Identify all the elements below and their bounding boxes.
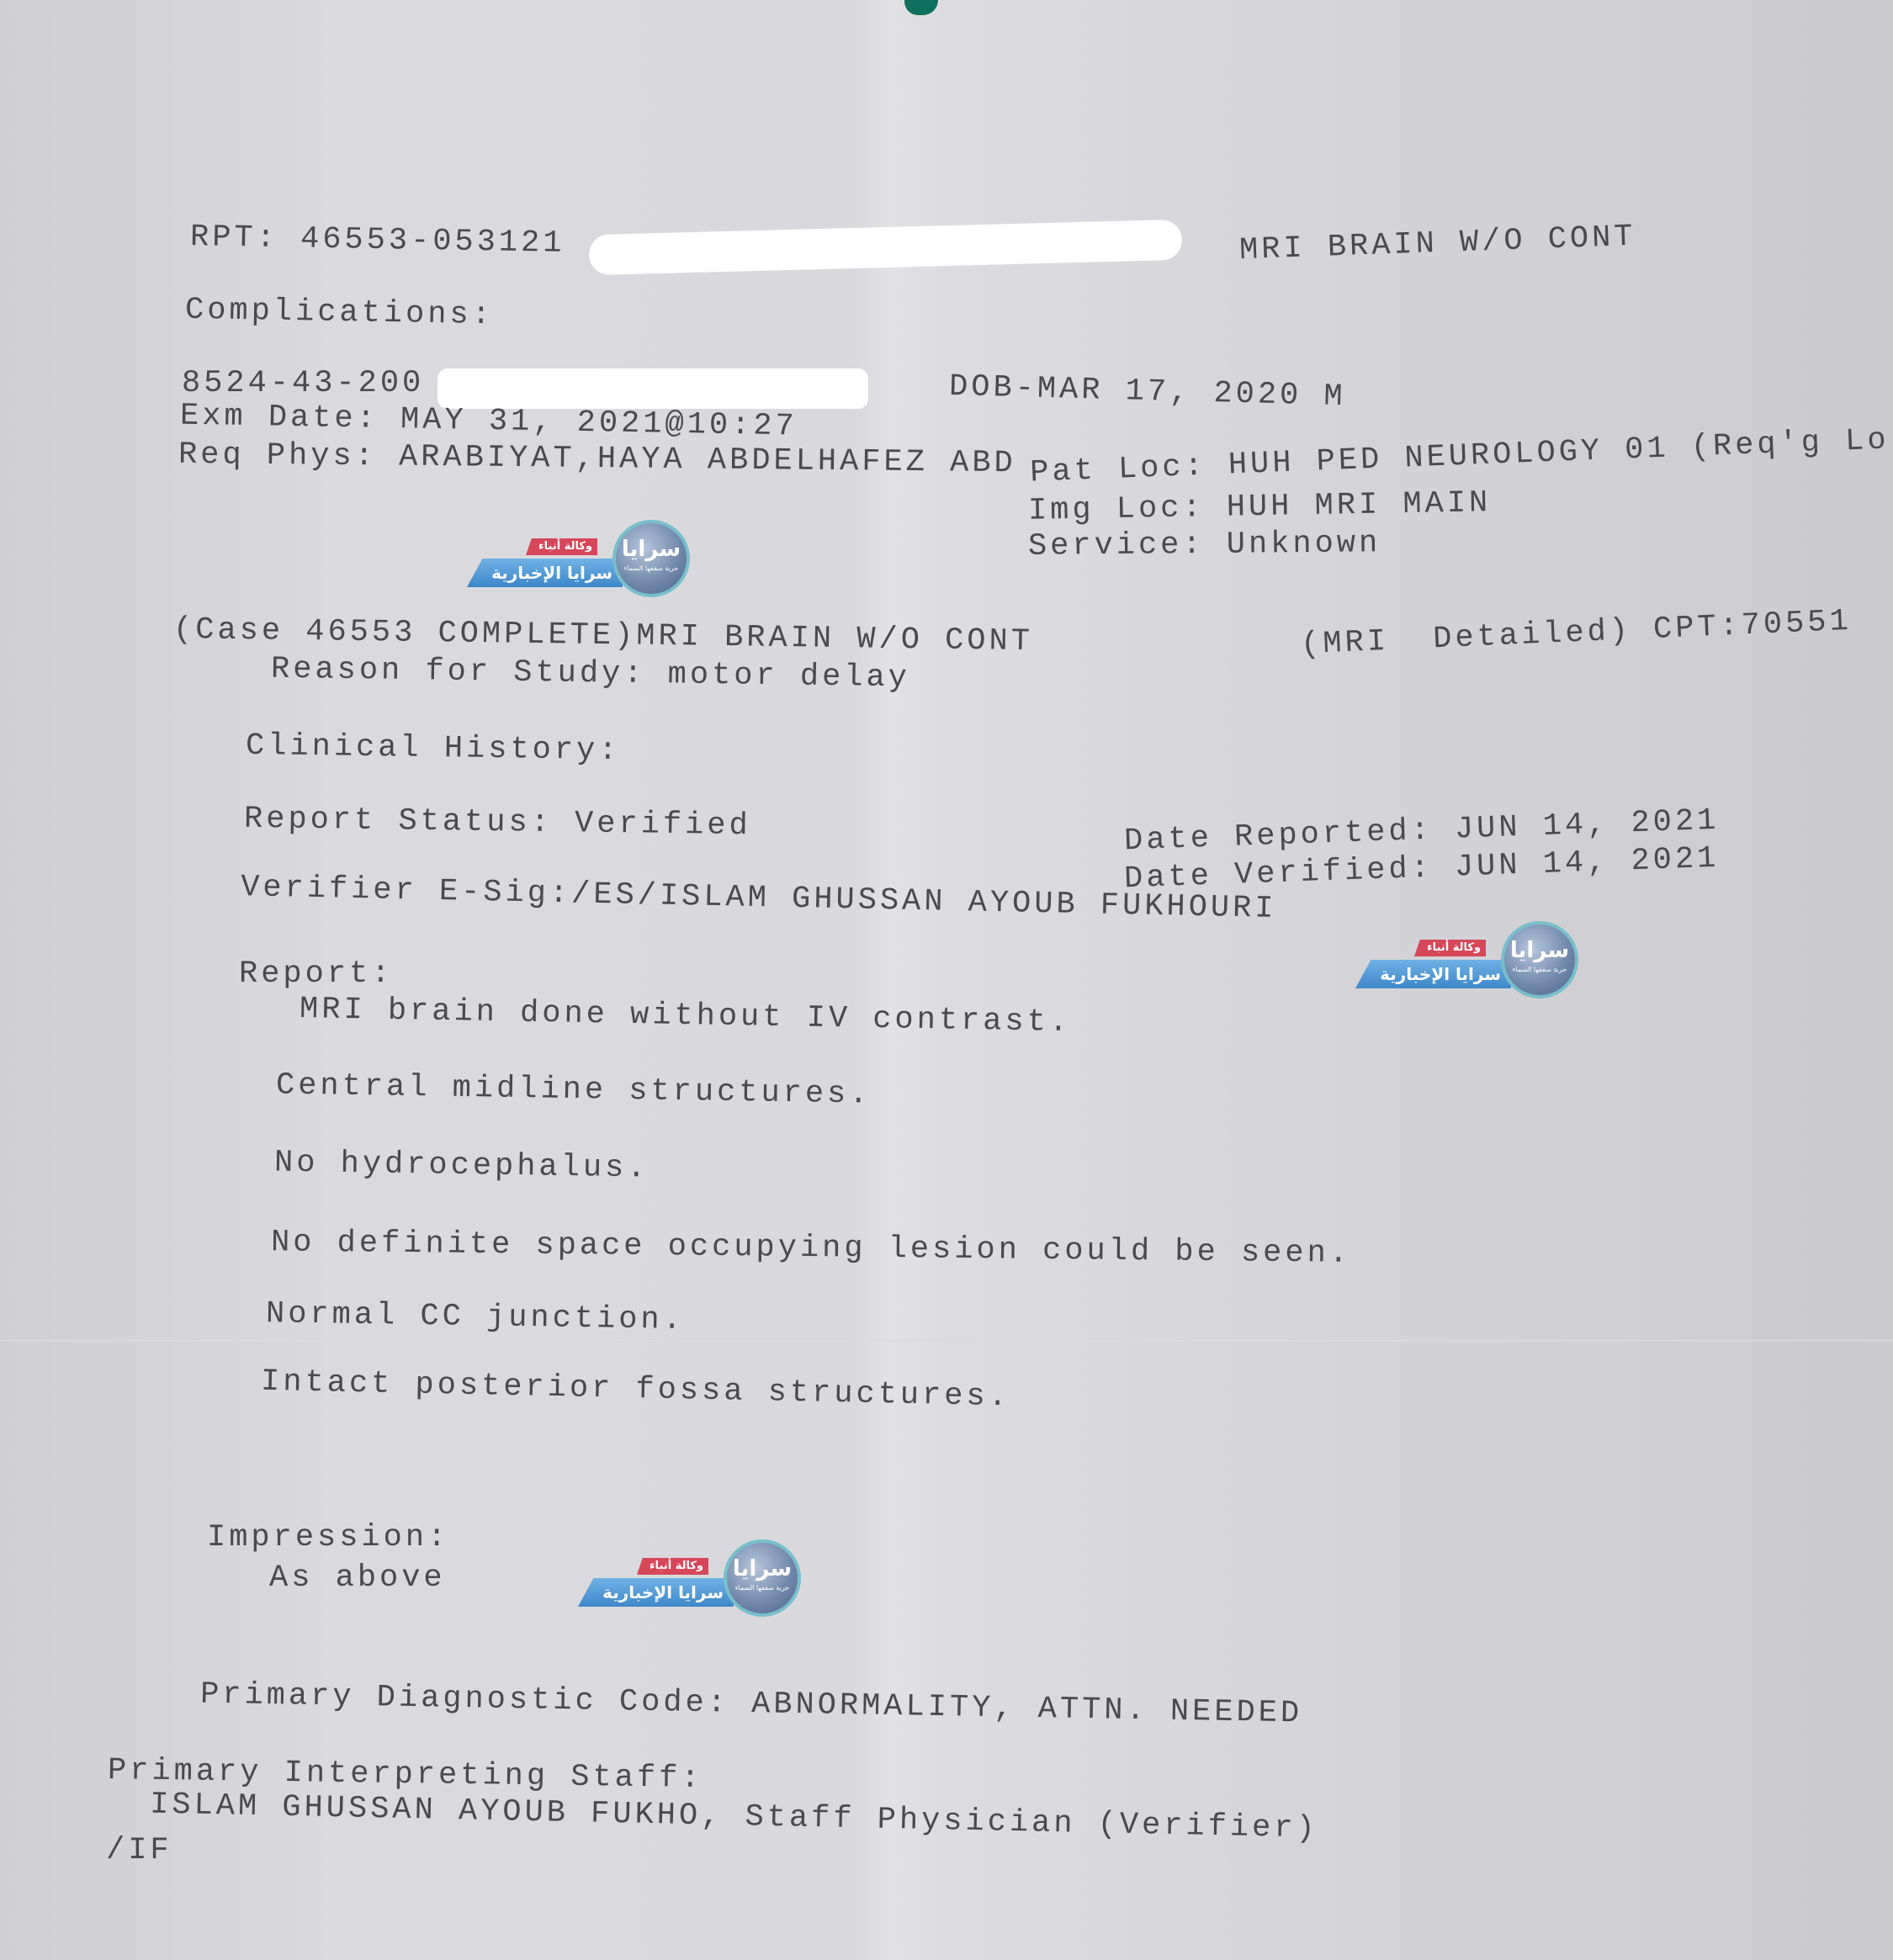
watermark-globe-title: سرايا [727,1558,798,1580]
watermark-tag: وكالة أنباء [1414,940,1486,956]
redacted-patient-name [588,220,1182,275]
globe-icon: سراياحرية سقفها السماء [724,1539,801,1617]
patient-location: Pat Loc: HUH PED NEUROLOGY 01 (Req'g Lo [1030,425,1890,489]
primary-diagnostic-code: Primary Diagnostic Code: ABNORMALITY, AT… [200,1680,1303,1730]
date-of-birth: DOB-MAR 17, 2020 M [949,372,1346,413]
watermark-tag: وكالة أنباء [637,1558,708,1575]
complications-label: Complications: [185,295,494,331]
interpreting-staff: ISLAM GHUSSAN AYOUB FUKHO, Staff Physici… [150,1789,1318,1845]
initials: /IF [106,1836,172,1867]
watermark-logo: وكالة أنباء سرايا الإخبارية سراياحرية سق… [1343,921,1578,1002]
finding: Intact posterior fossa structures. [261,1367,1011,1414]
clinical-history-label: Clinical History: [246,731,621,767]
globe-icon: سراياحرية سقفها السماء [612,520,690,597]
finding: No definite space occupying lesion could… [271,1227,1351,1269]
watermark-banner: سرايا الإخبارية [467,559,623,587]
cpt-code: (MRI Detailed) CPT:70551 [1301,607,1853,662]
finding: No hydrocephalus. [274,1148,650,1185]
finding: Normal CC junction. [266,1299,685,1337]
watermark-slogan: حرية سقفها السماء [616,565,687,572]
watermark-tag: وكالة أنباء [526,538,597,555]
redacted-patient-info [437,368,868,409]
impression-label: Impression: [207,1523,449,1554]
paper-fold-horizontal [0,1339,1893,1342]
service: Service: Unknown [1028,528,1381,563]
patient-id: 8524-43-200 [182,368,424,400]
report-number: RPT: 46553-053121 [190,222,565,260]
impression-text: As above [269,1563,446,1594]
exam-title: MRI BRAIN W/O CONT [1238,222,1636,267]
watermark-logo: وكالة أنباء سرايا الإخبارية سراياحرية سق… [565,1539,801,1620]
finding: MRI brain done without IV contrast. [300,994,1072,1039]
imaging-location: Img Loc: HUH MRI MAIN [1028,488,1492,527]
watermark-banner: سرايا الإخبارية [1355,960,1511,988]
requesting-physician: Req Phys: ARABIYAT,HAYA ABDELHAFEZ ABD [178,440,1016,479]
watermark-slogan: حرية سقفها السماء [727,1585,798,1592]
watermark-banner: سرايا الإخبارية [578,1578,734,1607]
watermark-globe-title: سرايا [616,538,687,560]
paper-fold-vertical [868,0,871,1960]
reason-for-study: Reason for Study: motor delay [271,654,910,695]
watermark-slogan: حرية سقفها السماء [1504,967,1575,973]
globe-icon: سراياحرية سقفها السماء [1501,921,1578,999]
green-clip-mark [904,0,938,15]
watermark-logo: وكالة أنباء سرايا الإخبارية سراياحرية سق… [454,520,690,601]
watermark-globe-title: سرايا [1504,940,1575,961]
report-label: Report: [239,959,393,990]
report-status: Report Status: Verified [244,804,751,842]
finding: Central midline structures. [276,1070,872,1110]
exam-date: Exm Date: MAY 31, 2021@10:27 [180,401,798,443]
verifier-signature: Verifier E-Sig:/ES/ISLAM GHUSSAN AYOUB F… [241,872,1277,925]
